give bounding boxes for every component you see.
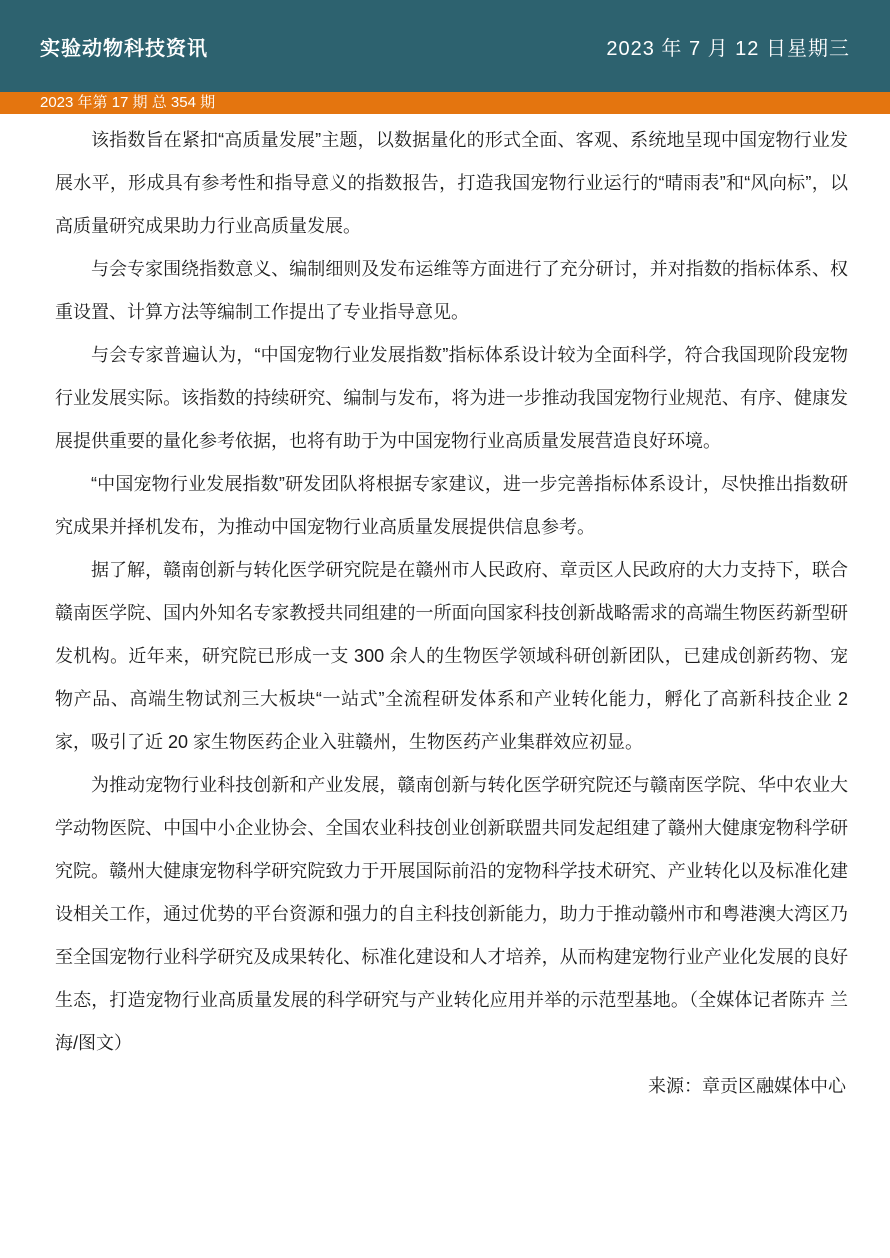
issue-bar: 2023 年第 17 期 总 354 期 [0,92,890,114]
masthead: 实验动物科技资讯 2023 年 7 月 12 日星期三 [0,0,890,92]
newsletter-title: 实验动物科技资讯 [40,32,208,61]
article-body: 该指数旨在紧扣“高质量发展”主题，以数据量化的形式全面、客观、系统地呈现中国宠物… [0,114,890,1065]
article-paragraph: 与会专家普遍认为，“中国宠物行业发展指数”指标体系设计较为全面科学，符合我国现阶… [55,334,848,463]
article-paragraph: 该指数旨在紧扣“高质量发展”主题，以数据量化的形式全面、客观、系统地呈现中国宠物… [55,119,848,248]
article-paragraph: 为推动宠物行业科技创新和产业发展，赣南创新与转化医学研究院还与赣南医学院、华中农… [55,764,848,1065]
article-paragraph: “中国宠物行业发展指数”研发团队将根据专家建议，进一步完善指标体系设计，尽快推出… [55,463,848,549]
issue-number-label: 2023 年第 17 期 总 354 期 [40,94,215,111]
issue-date: 2023 年 7 月 12 日星期三 [606,32,850,61]
source-attribution: 来源：章贡区融媒体中心 [0,1065,890,1108]
article-paragraph: 据了解，赣南创新与转化医学研究院是在赣州市人民政府、章贡区人民政府的大力支持下，… [55,549,848,764]
article-paragraph: 与会专家围绕指数意义、编制细则及发布运维等方面进行了充分研讨，并对指数的指标体系… [55,248,848,334]
document-page: 实验动物科技资讯 2023 年 7 月 12 日星期三 2023 年第 17 期… [0,0,890,1258]
